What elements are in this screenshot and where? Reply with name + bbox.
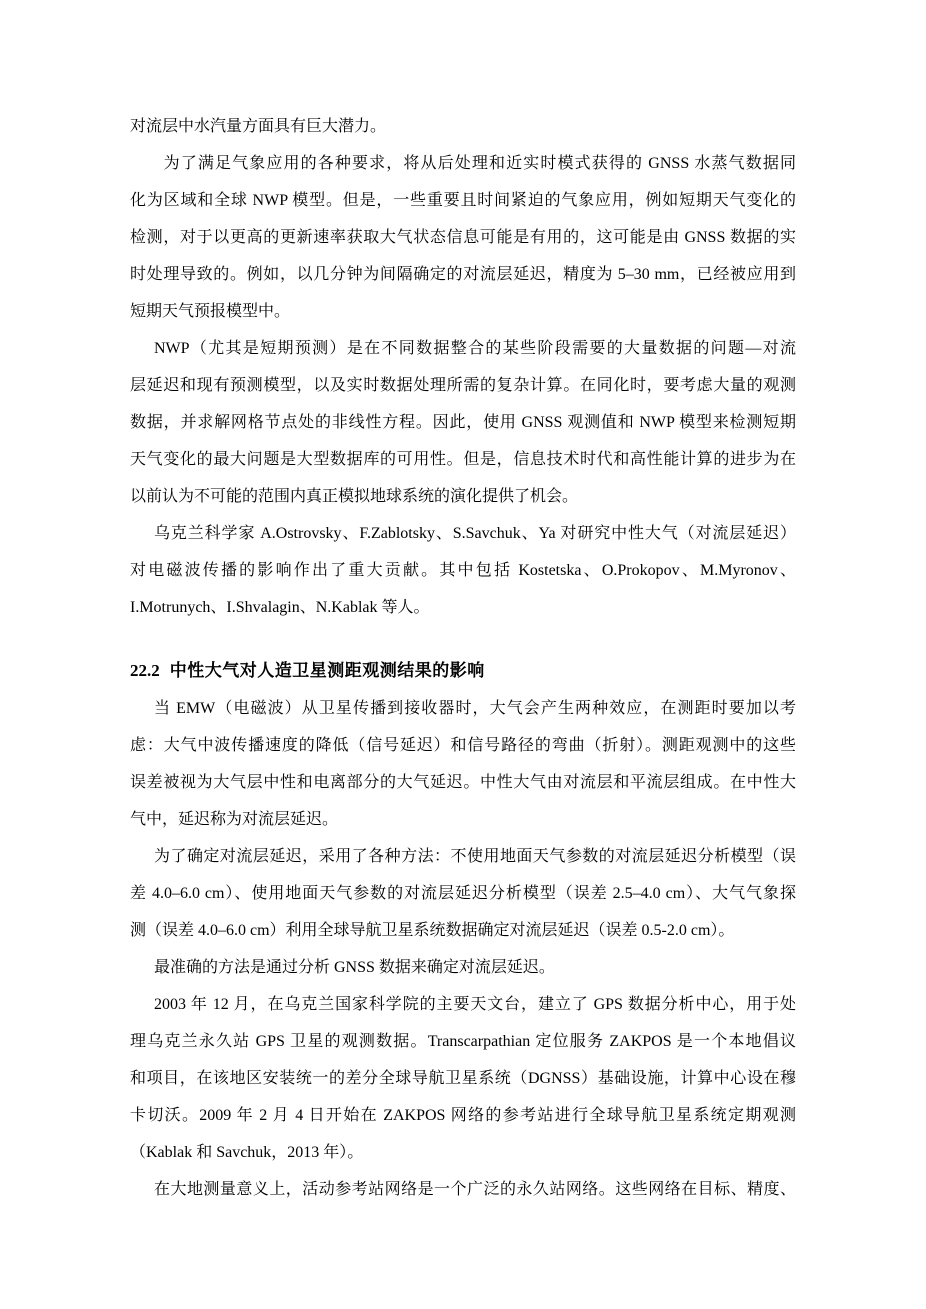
text-line: 卡切沃。2009 年 2 月 4 日开始在 ZAKPOS 网络的参考站进行全球导… bbox=[130, 1097, 796, 1134]
text-line: 化为区域和全球 NWP 模型。但是，一些重要且时间紧迫的气象应用，例如短期天气变… bbox=[130, 182, 796, 219]
text-line: 数据，并求解网格节点处的非线性方程。因此，使用 GNSS 观测值和 NWP 模型… bbox=[130, 404, 796, 441]
text-line: 虑：大气中波传播速度的降低（信号延迟）和信号路径的弯曲（折射）。测距观测中的这些 bbox=[130, 727, 796, 764]
text-line: 2003 年 12 月，在乌克兰国家科学院的主要天文台，建立了 GPS 数据分析… bbox=[130, 986, 796, 1023]
text-line: NWP（尤其是短期预测）是在不同数据整合的某些阶段需要的大量数据的问题—对流 bbox=[130, 330, 796, 367]
text-line: 检测，对于以更高的更新速率获取大气状态信息可能是有用的，这可能是由 GNSS 数… bbox=[130, 219, 796, 256]
text-line: 理乌克兰永久站 GPS 卫星的观测数据。Transcarpathian 定位服务… bbox=[130, 1023, 796, 1060]
text-line: 时处理导致的。例如，以几分钟为间隔确定的对流层延迟，精度为 5–30 mm，已经… bbox=[130, 256, 796, 293]
paragraph: 当 EMW（电磁波）从卫星传播到接收器时，大气会产生两种效应，在测距时要加以考虑… bbox=[130, 690, 796, 838]
text-line: 对流层中水汽量方面具有巨大潜力。 bbox=[130, 108, 796, 145]
text-line: 天气变化的最大问题是大型数据库的可用性。但是，信息技术时代和高性能计算的进步为在 bbox=[130, 441, 796, 478]
text-line: 乌克兰科学家 A.Ostrovsky、F.Zablotsky、S.Savchuk… bbox=[130, 515, 796, 552]
paragraph: 对流层中水汽量方面具有巨大潜力。 bbox=[130, 108, 796, 145]
section-heading: 22.2中性大气对人造卫星测距观测结果的影响 bbox=[130, 652, 796, 690]
text-line: 差 4.0–6.0 cm）、使用地面天气参数的对流层延迟分析模型（误差 2.5–… bbox=[130, 875, 796, 912]
paragraph: NWP（尤其是短期预测）是在不同数据整合的某些阶段需要的大量数据的问题—对流层延… bbox=[130, 330, 796, 515]
text-line: 和项目，在该地区安装统一的差分全球导航卫星系统（DGNSS）基础设施，计算中心设… bbox=[130, 1060, 796, 1097]
text-line: 层延迟和现有预测模型，以及实时数据处理所需的复杂计算。在同化时，要考虑大量的观测 bbox=[130, 367, 796, 404]
text-line: 气中，延迟称为对流层延迟。 bbox=[130, 801, 796, 838]
paragraph: 为了满足气象应用的各种要求，将从后处理和近实时模式获得的 GNSS 水蒸气数据同… bbox=[130, 145, 796, 330]
text-line: （Kablak 和 Savchuk，2013 年）。 bbox=[130, 1134, 796, 1171]
paragraph: 2003 年 12 月，在乌克兰国家科学院的主要天文台，建立了 GPS 数据分析… bbox=[130, 986, 796, 1171]
text-line: 最准确的方法是通过分析 GNSS 数据来确定对流层延迟。 bbox=[130, 949, 796, 986]
text-line: 在大地测量意义上，活动参考站网络是一个广泛的永久站网络。这些网络在目标、精度、 bbox=[130, 1171, 796, 1208]
paragraph: 乌克兰科学家 A.Ostrovsky、F.Zablotsky、S.Savchuk… bbox=[130, 515, 796, 626]
document-body: 对流层中水汽量方面具有巨大潜力。为了满足气象应用的各种要求，将从后处理和近实时模… bbox=[130, 108, 796, 1208]
section-number: 22.2 bbox=[130, 661, 160, 680]
paragraph: 在大地测量意义上，活动参考站网络是一个广泛的永久站网络。这些网络在目标、精度、 bbox=[130, 1171, 796, 1208]
text-line: 当 EMW（电磁波）从卫星传播到接收器时，大气会产生两种效应，在测距时要加以考 bbox=[130, 690, 796, 727]
text-line: I.Motrunych、I.Shvalagin、N.Kablak 等人。 bbox=[130, 589, 796, 626]
text-line: 测（误差 4.0–6.0 cm）利用全球导航卫星系统数据确定对流层延迟（误差 0… bbox=[130, 912, 796, 949]
text-line: 为了确定对流层延迟，采用了各种方法：不使用地面天气参数的对流层延迟分析模型（误 bbox=[130, 838, 796, 875]
text-line: 对电磁波传播的影响作出了重大贡献。其中包括 Kostetska、O.Prokop… bbox=[130, 552, 796, 589]
paragraph: 最准确的方法是通过分析 GNSS 数据来确定对流层延迟。 bbox=[130, 949, 796, 986]
text-line: 为了满足气象应用的各种要求，将从后处理和近实时模式获得的 GNSS 水蒸气数据同 bbox=[130, 145, 796, 182]
paragraph: 为了确定对流层延迟，采用了各种方法：不使用地面天气参数的对流层延迟分析模型（误差… bbox=[130, 838, 796, 949]
text-line: 以前认为不可能的范围内真正模拟地球系统的演化提供了机会。 bbox=[130, 478, 796, 515]
section-title: 中性大气对人造卫星测距观测结果的影响 bbox=[170, 661, 485, 680]
text-line: 短期天气预报模型中。 bbox=[130, 293, 796, 330]
document-page: 对流层中水汽量方面具有巨大潜力。为了满足气象应用的各种要求，将从后处理和近实时模… bbox=[0, 0, 926, 1309]
text-line: 误差被视为大气层中性和电离部分的大气延迟。中性大气由对流层和平流层组成。在中性大 bbox=[130, 764, 796, 801]
